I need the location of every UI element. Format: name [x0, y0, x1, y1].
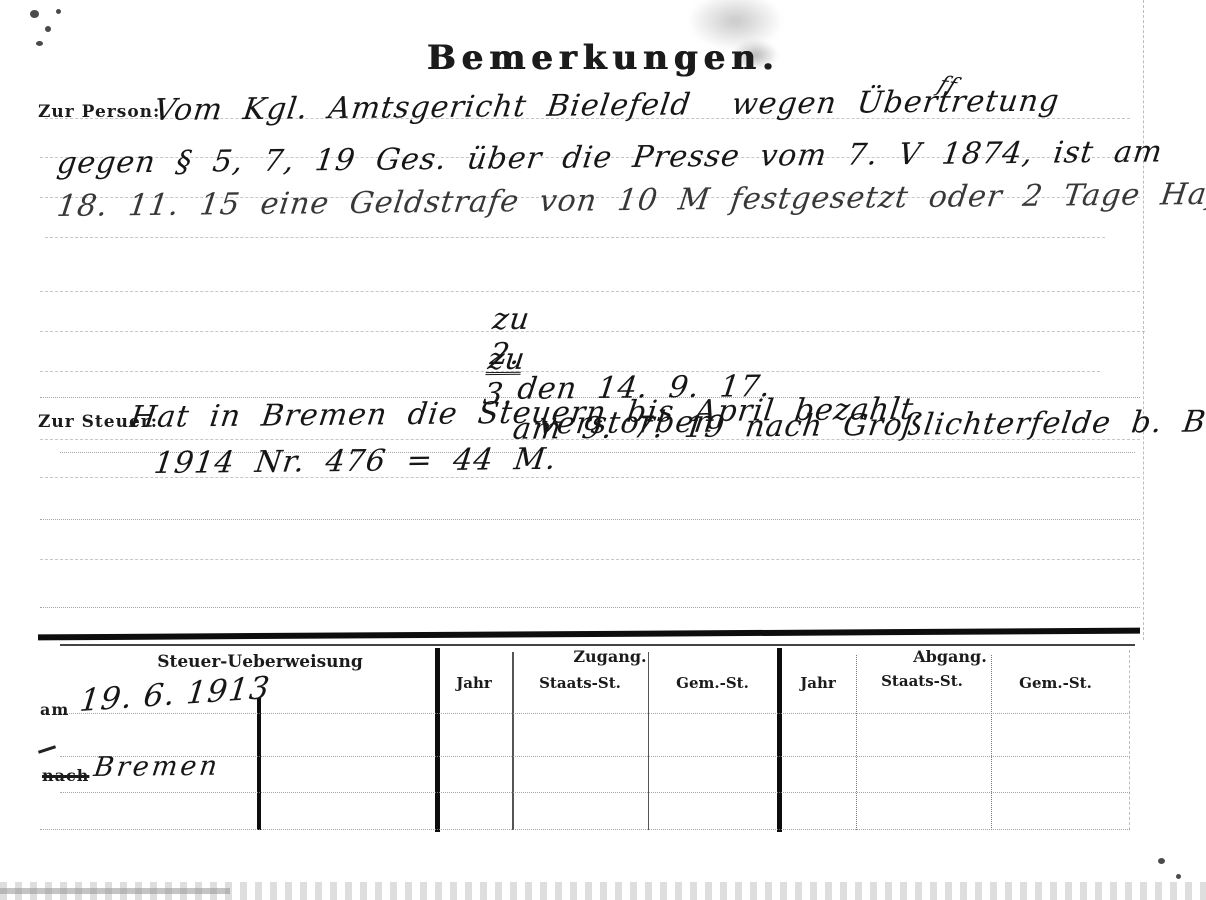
zu3-lead: zu — [486, 342, 528, 377]
scan-speck — [45, 26, 51, 32]
abgang-col-gem-st: Gem.-St. — [998, 674, 1113, 692]
scan-speck — [30, 10, 39, 18]
am-label: am — [40, 700, 69, 719]
nach-place-value: Bremen — [92, 751, 222, 783]
person-line-1: Vom Kgl. Amtsgericht Bielefeld wegen Übe… — [152, 84, 1062, 128]
scan-speck — [1158, 858, 1165, 864]
zugang-col-jahr: Jahr — [440, 674, 508, 692]
table-vline-thick-1 — [435, 648, 440, 832]
abgang-col-staats-st: Staats-St. — [862, 672, 982, 690]
scan-speck — [36, 41, 43, 46]
ruled-line — [40, 607, 1140, 608]
scan-speck — [1176, 874, 1181, 879]
zugang-col-gem-st: Gem.-St. — [655, 674, 770, 692]
table-vline-abgang-sep2 — [991, 655, 992, 830]
section-divider — [38, 628, 1140, 641]
am-date-value: 19. 6. 1913 — [78, 670, 272, 719]
ruled-line — [40, 559, 1140, 560]
table-vline-abgang-sep1 — [856, 655, 857, 830]
page-title: Bemerkungen. — [427, 38, 780, 78]
margin-mark — [38, 745, 56, 753]
person-line-3: 18. 11. 15 eine Geldstrafe von 10 M fest… — [55, 177, 1206, 224]
table-header-zugang: Zugang. — [540, 647, 680, 666]
table-header-steuer-ueberweisung: Steuer-Ueberweisung — [150, 652, 370, 672]
table-vline-zugang-sep1 — [512, 652, 514, 830]
table-row-line — [40, 829, 1130, 830]
table-row-line — [60, 713, 1130, 714]
person-line-2: gegen § 5, 7, 19 Ges. über die Presse vo… — [55, 134, 1165, 181]
table-vline-thick-2 — [777, 648, 782, 832]
abgang-col-jahr: Jahr — [784, 674, 852, 692]
document-page: Bemerkungen. Zur Person: Vom Kgl. Amtsge… — [0, 0, 1206, 900]
steuer-line-2: 1914 Nr. 476 = 44 M. — [152, 442, 559, 481]
table-header-abgang: Abgang. — [880, 647, 1020, 666]
zugang-col-staats-st: Staats-St. — [520, 674, 640, 692]
scan-noise-bar — [0, 888, 230, 894]
nach-label: nach — [42, 766, 89, 785]
table-row-line — [60, 792, 1130, 793]
ruled-line — [40, 519, 1140, 520]
table-vline-zugang-sep2 — [648, 652, 649, 830]
ruled-line — [45, 237, 1105, 238]
scan-speck — [56, 9, 61, 14]
zur-person-label: Zur Person: — [38, 102, 160, 122]
table-vline-inner-left — [257, 698, 261, 830]
table-vline-right-edge — [1129, 650, 1130, 830]
table-top-border — [60, 644, 1135, 646]
